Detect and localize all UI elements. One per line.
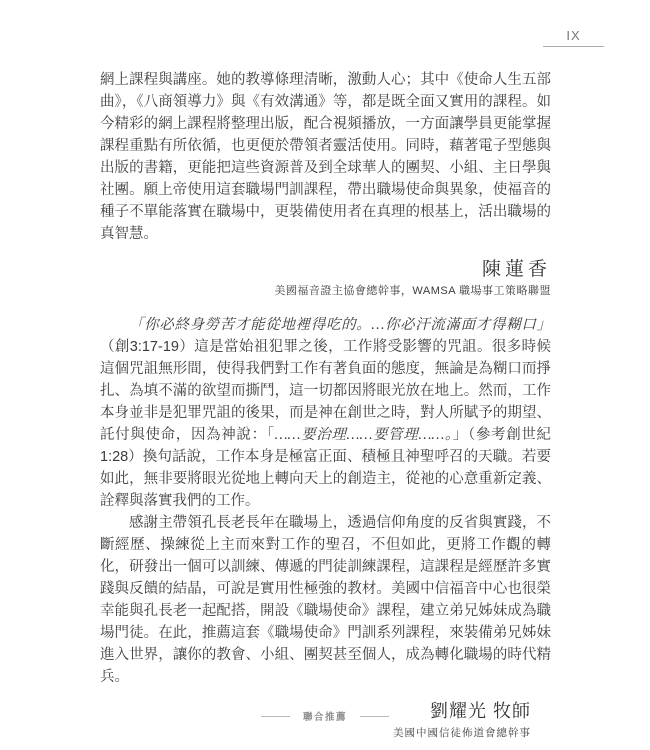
recommendation-1-paragraph: 網上課程與講座。她的教導條理清晰，激動人心；其中《使命人生五部曲》，《八商領導力… (100, 69, 551, 245)
footer-section-label: 聯合推薦 (303, 709, 347, 723)
scripture-quote-inner: ……要治理……要管理……。 (275, 427, 453, 443)
signer-2-title: 美國中國信徒佈道會總幹事 (100, 726, 531, 740)
recommendation-2-paragraph-2: 感謝主帶領孔長老長年在職場上，透過信仰角度的反省與實踐，不斷經歷、操練從上主而來… (100, 512, 551, 688)
scripture-quote: 「你必終身勞苦才能從地裡得吃的。…你必汗流滿面才得糊口」 (129, 317, 551, 333)
page-content: 網上課程與講座。她的教導條理清晰，激動人心；其中《使命人生五部曲》，《八商領導力… (100, 69, 551, 740)
recommendation-2-paragraph-1: 「你必終身勞苦才能從地裡得吃的。…你必汗流滿面才得糊口」（創3:17-19）這是… (100, 314, 551, 512)
footer-rule-right (360, 716, 389, 717)
signer-1-title: 美國福音證主協會總幹事，WAMSA 職場事工策略聯盟 (100, 284, 551, 299)
signature-block-1: 陳蓮香 美國福音證主協會總幹事，WAMSA 職場事工策略聯盟 (100, 258, 551, 299)
footer-rule-left (261, 716, 290, 717)
book-page: IX 網上課程與講座。她的教導條理清晰，激動人心；其中《使命人生五部曲》，《八商… (0, 0, 650, 750)
page-number-block: IX (543, 29, 604, 47)
page-footer: 聯合推薦 (0, 707, 650, 725)
page-number: IX (543, 29, 604, 43)
signer-1-name: 陳蓮香 (100, 258, 551, 282)
